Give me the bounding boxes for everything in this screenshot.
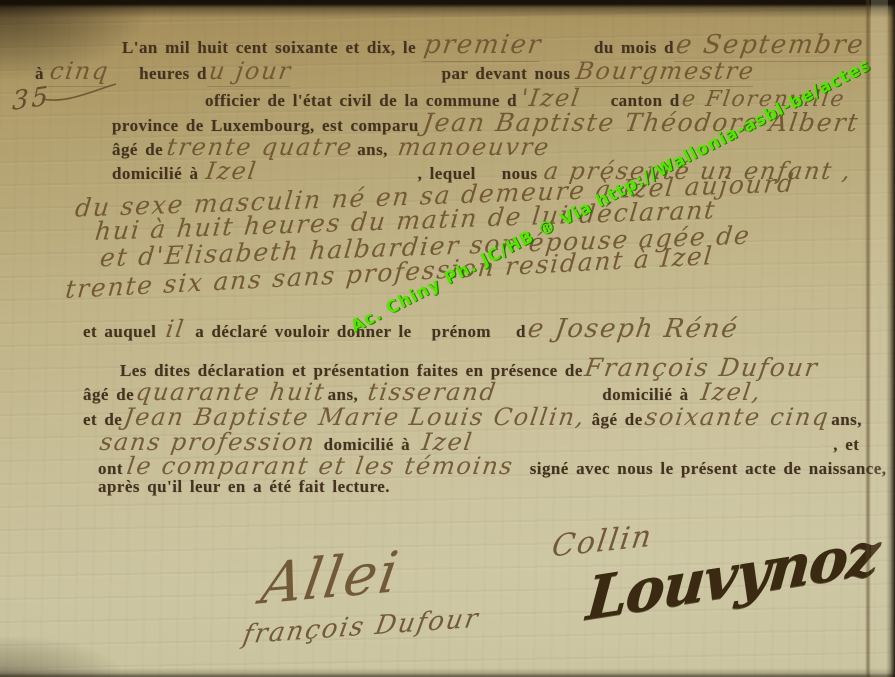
page-edge-right — [886, 0, 895, 677]
printed-text: signé avec nous le présent acte de naiss… — [530, 459, 887, 478]
printed-text: ans, — [831, 410, 862, 429]
handwritten-text: Izel, — [699, 378, 764, 406]
handwritten-text: il — [164, 315, 187, 343]
handwritten-text: Izel — [204, 157, 259, 185]
handwritten-text: le comparant et les témoins — [125, 452, 516, 480]
printed-text: par devant nous — [442, 64, 571, 83]
printed-text: du mois d — [594, 38, 674, 57]
page-corner-shadow — [0, 0, 150, 80]
scanned-document: 35 L'an mil huit cent soixante et dix, l… — [0, 0, 895, 677]
printed-text: L'an mil huit cent soixante et dix, le — [122, 38, 416, 57]
handwritten-text: quarante huit — [134, 378, 327, 406]
act-line: âgé dequarante huitans,tisseranddomicili… — [83, 378, 761, 406]
printed-text: ans, — [328, 385, 359, 404]
printed-text: et de — [83, 410, 122, 429]
printed-text: domicilié à — [112, 164, 198, 183]
printed-text: ont — [98, 459, 123, 478]
printed-text: et auquel — [83, 322, 156, 341]
father-albert-signature: Allei — [257, 539, 404, 617]
handwritten-text: tisserand — [366, 378, 499, 406]
printed-text: domicilié à — [602, 385, 688, 404]
handwritten-text: u jour — [207, 57, 294, 87]
handwritten-text: Bourgmestre — [574, 57, 757, 87]
handwritten-text: Jean Baptiste Marie Louis Collin, — [122, 403, 587, 431]
printed-text: d — [516, 322, 526, 341]
printed-text: âgé de — [592, 410, 643, 429]
handwritten-text: e Joseph Réné — [526, 314, 741, 344]
handwritten-text: soixante cinq — [643, 403, 831, 431]
act-line: et auquelila déclaré vouloir donner lepr… — [83, 314, 739, 344]
printed-text: âgé de — [83, 385, 134, 404]
printed-text: prénom — [432, 322, 491, 341]
printed-text: après qu'il leur en a été fait lecture. — [98, 477, 390, 496]
act-line: ontle comparant et les témoinssigné avec… — [98, 452, 886, 480]
page-edge-bottom — [0, 668, 895, 677]
act-line: et deJean Baptiste Marie Louis Collin,âg… — [83, 403, 862, 431]
act-line: après qu'il leur en a été fait lecture. — [98, 477, 390, 497]
